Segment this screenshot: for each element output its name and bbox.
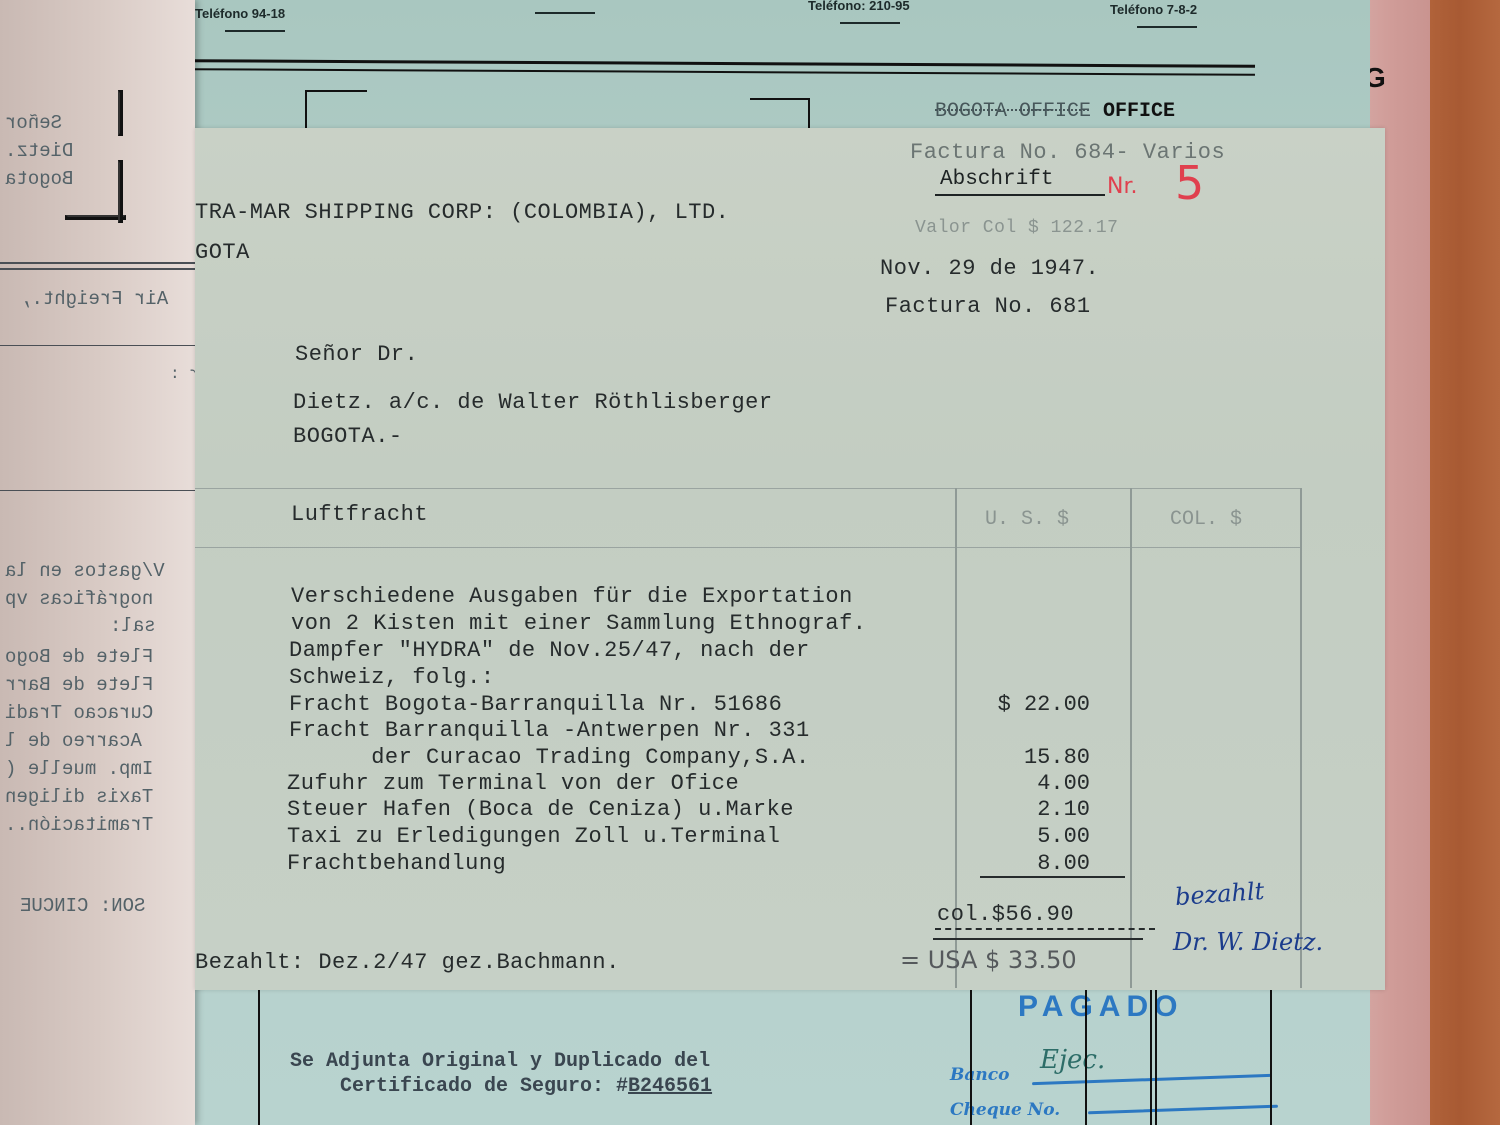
mirror-bracket [118, 90, 123, 136]
line-item-text: Fracht Barranquilla -Antwerpen Nr. 331 [289, 718, 810, 743]
mirrored-item: Imp. muelle ( [5, 758, 153, 780]
invoice-number: Factura No. 681 [885, 294, 1091, 319]
section-title: Luftfracht [291, 502, 428, 527]
cheque-line [1088, 1105, 1278, 1115]
mirrored-item: Tramitación.. [5, 814, 153, 836]
description-line: Schweiz, folg.: [289, 665, 495, 690]
line-item-text: Fracht Bogota-Barranquilla Nr. 51686 [289, 692, 782, 717]
office-header-struck: BOGOTA OFFICE [935, 100, 1091, 123]
mirrored-item: nográficas vp [5, 588, 153, 610]
phone-1: Teléfono 94-18 [195, 6, 285, 21]
handwritten-bezahlt: bezahlt [1174, 877, 1265, 911]
column-header-usd: U. S. $ [985, 508, 1069, 531]
company-city: GOTA [195, 240, 250, 265]
copy-label: Abschrift [940, 168, 1053, 191]
mirrored-item: V/gastos en la [5, 560, 165, 582]
mirrored-address: Dietz. [5, 140, 73, 162]
form-column-line [1155, 990, 1157, 1125]
line-item-amount: $ 22.00 [970, 692, 1090, 717]
banco-label: Banco [950, 1065, 1009, 1085]
line-item-text: Taxi zu Erledigungen Zoll u.Terminal [287, 824, 780, 849]
line-item-amount: 2.10 [970, 797, 1090, 822]
mirror-bracket [65, 215, 126, 220]
banco-line [1032, 1074, 1272, 1085]
form-column-line [1150, 990, 1152, 1125]
mirrored-freight: Air Freight., [20, 288, 168, 310]
line-item-amount: 8.00 [970, 851, 1090, 876]
phone-rule [1137, 26, 1197, 28]
cheque-label: Cheque No. [950, 1100, 1060, 1120]
phone-3: Teléfono 7-8-2 [1110, 2, 1197, 17]
line-item-amount: 4.00 [970, 771, 1090, 796]
column-header-col: COL. $ [1170, 508, 1242, 531]
line-item-amount: 5.00 [970, 824, 1090, 849]
certificate-number: B246561 [628, 1075, 712, 1098]
line-item-text: Zufuhr zum Terminal von der Ofice [287, 771, 739, 796]
attachment-note-line2: Certificado de Seguro: #B246561 [340, 1075, 712, 1098]
handwritten-signature: Dr. W. Dietz. [1173, 928, 1323, 956]
description-line: von 2 Kisten mit einer Sammlung Ethnogra… [291, 611, 867, 636]
subtotal-rule [980, 876, 1125, 878]
attachment-note-line1: Se Adjunta Original y Duplicado del [290, 1050, 710, 1073]
mirrored-item: Flete de Barr [5, 674, 153, 696]
form-column-line [1270, 990, 1272, 1125]
line-item-text: Frachtbehandlung [287, 851, 506, 876]
description-line: Dampfer "HYDRA" de Nov.25/47, nach der [289, 638, 810, 663]
certificate-label: Certificado de Seguro: # [340, 1075, 628, 1098]
mirror-bracket [118, 160, 123, 223]
red-nr-annotation: Nr. [1107, 174, 1137, 199]
form-column-line [970, 990, 972, 1125]
phone-2: Teléfono: 210-95 [808, 0, 910, 13]
double-rule [190, 59, 1255, 76]
description-line: Verschiedene Ausgaben für die Exportatio… [291, 584, 853, 609]
mirrored-item: Taxis diligen [5, 786, 153, 808]
mirror-rule [0, 262, 195, 264]
recipient-title: Señor Dr. [295, 342, 418, 367]
payment-note: Bezahlt: Dez.2/47 gez.Bachmann. [195, 950, 620, 975]
mirrored-address: Señor [5, 112, 62, 134]
line-item-text: Steuer Hafen (Boca de Ceniza) u.Marke [287, 797, 794, 822]
mirrored-item: sal: [110, 615, 156, 637]
company-name: TRA-MAR SHIPPING CORP: (COLOMBIA), LTD. [195, 200, 729, 225]
invoice-copy-sheet: Factura No. 684- Varios Valor Col $ 122.… [195, 128, 1385, 990]
invoice-total: col.$56.90 [937, 902, 1074, 927]
address-bracket [305, 90, 367, 132]
office-header-label: OFFICE [1103, 100, 1175, 123]
left-folded-page: Señor Dietz. Bogota Air Freight., or : V… [0, 0, 195, 1125]
recipient-city: BOGOTA.- [293, 424, 403, 449]
pagado-stamp: PAGADO [1018, 990, 1183, 1024]
invoice-date: Nov. 29 de 1947. [880, 256, 1099, 281]
total-rule [933, 938, 1143, 940]
usd-pencil-conversion: = USA $ 33.50 [900, 946, 1077, 974]
office-header: BOGOTA OFFICE OFFICE [935, 100, 1175, 123]
mirror-rule [0, 345, 195, 346]
column-divider [1130, 488, 1132, 988]
mirrored-item: Acarreo de l [5, 730, 142, 752]
form-column-line [1085, 990, 1087, 1125]
mirrored-item: Curacao Tradi [5, 702, 153, 724]
mirror-rule [0, 490, 195, 491]
banco-value: Ejec. [1040, 1045, 1105, 1075]
recipient-name: Dietz. a/c. de Walter Röthlisberger [293, 390, 773, 415]
phone-rule [225, 30, 285, 32]
mirrored-address: Bogota [5, 168, 73, 190]
line-item-amount: 15.80 [970, 745, 1090, 770]
mirror-rule [0, 268, 195, 270]
column-divider [1300, 488, 1302, 988]
phone-rule [840, 22, 900, 24]
mirrored-total-words: SON: CINCUE [20, 895, 145, 917]
faint-valor-line: Valor Col $ 122.17 [915, 218, 1118, 238]
total-dash-rule [935, 928, 1155, 930]
phone-rule [535, 12, 595, 14]
form-column-line [258, 990, 260, 1125]
red-number-annotation: 5 [1175, 156, 1204, 210]
mirrored-item: Flete de Bogo [5, 646, 153, 668]
line-item-text: der Curacao Trading Company,S.A. [289, 745, 810, 770]
copy-label-underline [935, 194, 1105, 196]
